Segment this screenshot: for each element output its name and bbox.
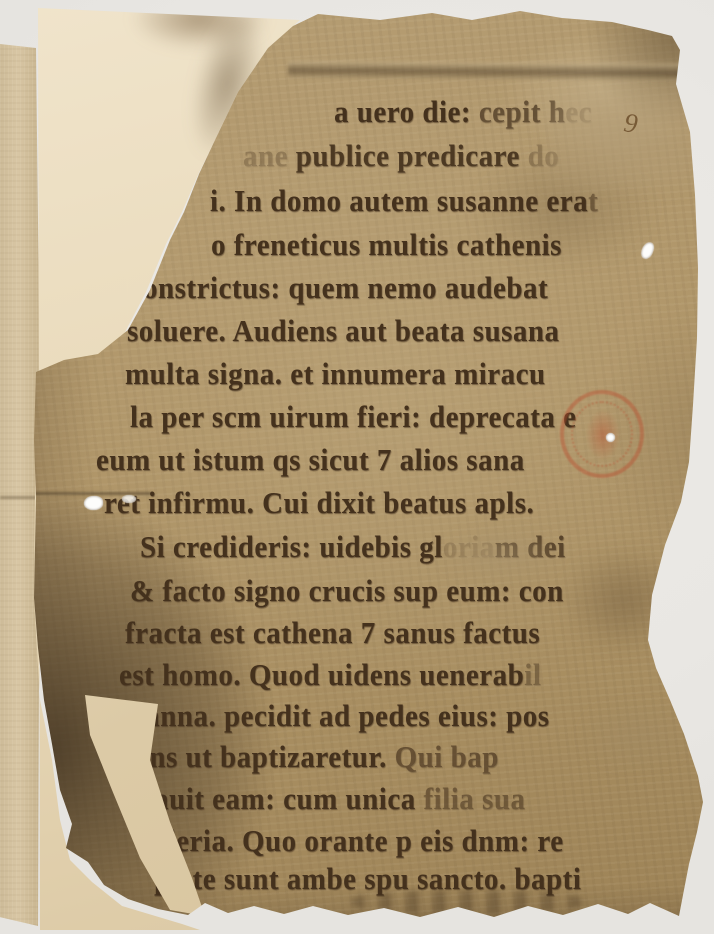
manuscript-text-line: fracta est cathena 7 sanus factus <box>125 617 540 652</box>
manuscript-text-segment: eum ut istum qs sicut 7 alios sana <box>96 444 525 478</box>
manuscript-text-line: multa signa. et innumera miracu <box>125 358 546 393</box>
scan-background: a uero die: cepit hecane publice predica… <box>0 0 714 934</box>
manuscript-text-segment: onstrictus: quem nemo audebat <box>143 272 548 306</box>
manuscript-text-line: o freneticus multis cathenis <box>211 229 562 264</box>
manuscript-text-line: la per scm uirum fieri: deprecata e <box>130 401 576 436</box>
manuscript-text-line: onstrictus: quem nemo audebat <box>143 272 548 307</box>
stamp-center-mark <box>586 410 620 460</box>
worm-hole <box>606 433 615 442</box>
manuscript-text-segment: est homo. Quod uidens uenerab <box>119 659 524 693</box>
manuscript-text-line: ualeria. Quo orante p eis dnm: re <box>136 825 564 860</box>
worn-ink-patch <box>580 700 690 770</box>
manuscript-text-line: soluere. Audiens aut beata susana <box>127 315 560 350</box>
library-stamp-icon <box>560 390 644 478</box>
manuscript-text-line: tizauit eam: cum unica filia sua <box>122 783 525 818</box>
manuscript-text-segment: soluere. Audiens aut beata susana <box>127 315 560 349</box>
manuscript-text-segment: & facto signo crucis sup eum: con <box>130 575 564 609</box>
manuscript-text-segment: i. In domo autem susanne era <box>210 185 588 219</box>
manuscript-text-line: ane publice predicare do <box>243 140 559 175</box>
manuscript-text-segment: il <box>524 659 541 693</box>
manuscript-text-segment: ret infirmu. Cui dixit beatus apls. <box>104 487 534 521</box>
adjacent-page-edge <box>0 44 40 926</box>
crease-line <box>0 496 40 499</box>
worn-ink-patch <box>440 528 560 580</box>
worm-hole <box>122 495 136 503</box>
cut-off-line-ghost <box>352 890 582 914</box>
manuscript-text-segment: la per scm uirum fieri: deprecata e <box>130 401 576 435</box>
manuscript-text-line: ret infirmu. Cui dixit beatus apls. <box>104 487 534 522</box>
manuscript-text-line: & facto signo crucis sup eum: con <box>130 575 564 610</box>
manuscript-text-segment: Qui bap <box>395 741 499 775</box>
manuscript-text-segment: multa signa. et innumera miracu <box>125 358 546 392</box>
manuscript-text-segment: ualeria. Quo orante p eis dnm: re <box>136 825 564 859</box>
manuscript-text-line: tulans ut baptizaretur. Qui bap <box>99 741 499 776</box>
manuscript-text-segment: tizauit eam: cum unica <box>122 783 423 817</box>
manuscript-text-line: i. In domo autem susanne erat <box>210 185 598 220</box>
manuscript-text-segment: publice predicare <box>296 140 528 174</box>
manuscript-text-segment: ane <box>243 140 296 174</box>
manuscript-text-segment: filia sua <box>423 783 525 817</box>
manuscript-text-line: susanna. pecidit ad pedes eius: pos <box>105 700 550 735</box>
manuscript-text-segment: o freneticus multis cathenis <box>211 229 562 263</box>
manuscript-text-segment: a uero die: <box>334 96 479 130</box>
worn-ink-patch <box>545 86 695 191</box>
manuscript-text-line: eum ut istum qs sicut 7 alios sana <box>96 444 525 479</box>
manuscript-text-segment: Si credideris: uidebis gl <box>140 531 443 565</box>
worm-hole <box>84 496 103 510</box>
manuscript-text-segment: sanna. pecidit ad pedes eius: pos <box>133 700 549 734</box>
manuscript-text-segment: fracta est cathena 7 sanus factus <box>125 617 540 651</box>
manuscript-text-line: est homo. Quod uidens uenerabil <box>119 659 541 694</box>
